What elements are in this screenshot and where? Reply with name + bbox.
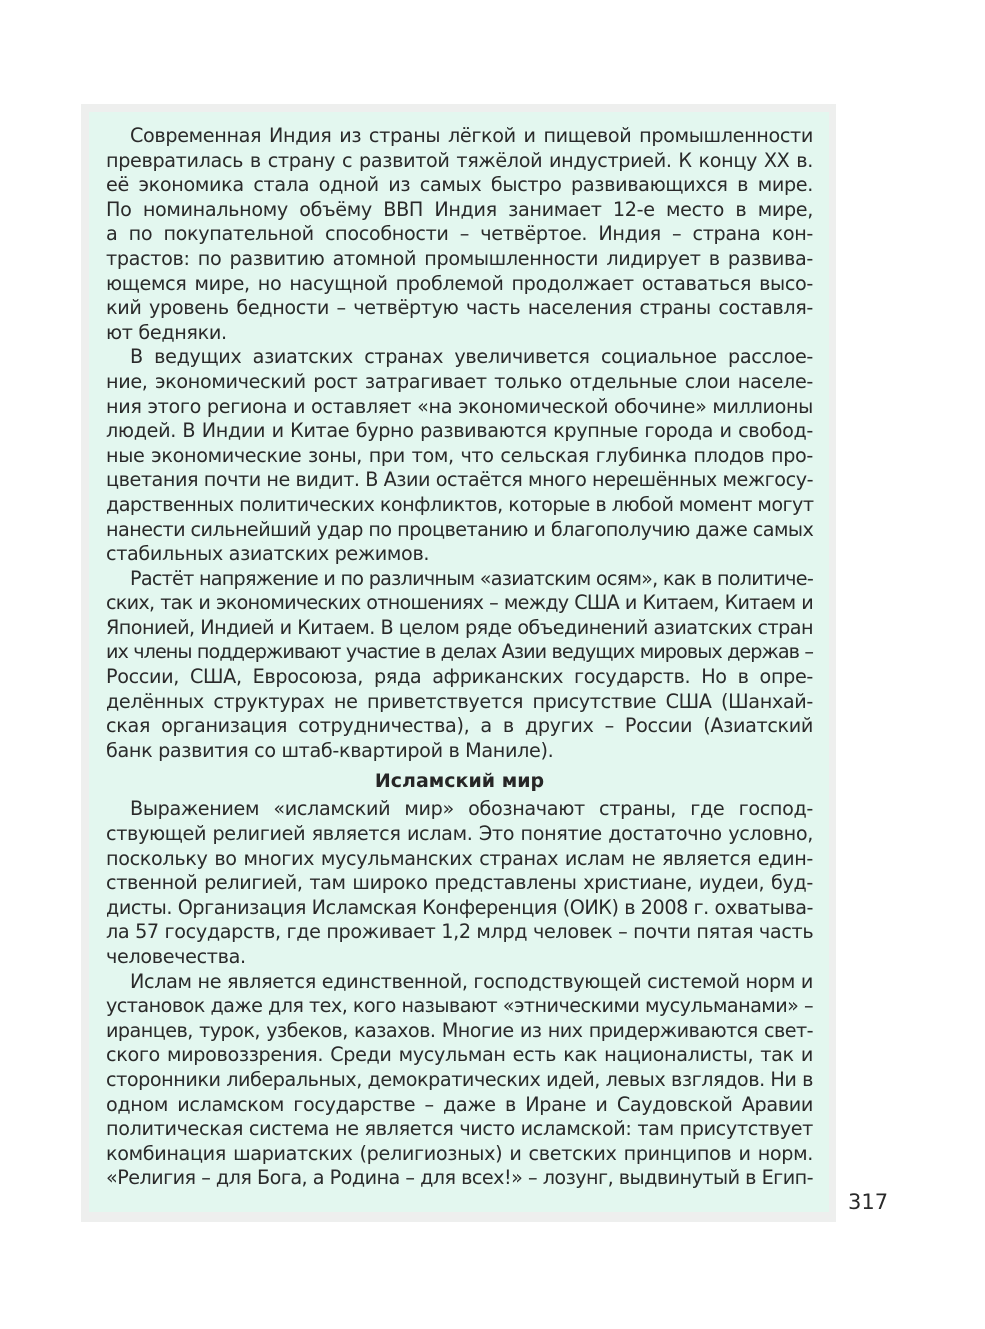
text-line: По номинальному объёму ВВП Индия занимае… [106, 198, 813, 223]
text-line: ских, так и экономических отношениях – м… [106, 591, 813, 616]
text-line: дарственных политических конфликтов, кот… [106, 493, 813, 518]
text-line: ние, экономический рост затрагивает толь… [106, 370, 813, 395]
text-line: трастов: по развитию атомной промышленно… [106, 247, 813, 272]
text-line: банк развития со штаб-квартирой в Маниле… [106, 739, 813, 764]
text-line: человечества. [106, 945, 813, 970]
text-line: ные экономические зоны, при том, что сел… [106, 444, 813, 469]
text-line: ская организация сотрудничества), а в др… [106, 714, 813, 739]
text-line: поскольку во многих мусульманских страна… [106, 847, 813, 872]
paragraph: Выражением «исламский мир» обозначают ст… [106, 797, 813, 969]
text-line: ют бедняки. [106, 321, 813, 346]
section-heading: Исламский мир [106, 769, 813, 793]
text-line: Японией, Индией и Китаем. В целом ряде о… [106, 616, 813, 641]
text-line: одном исламском государстве – даже в Ира… [106, 1093, 813, 1118]
text-line: Ислам не является единственной, господст… [106, 970, 813, 995]
text-line: дисты. Организация Исламская Конференция… [106, 896, 813, 921]
text-line: их члены поддерживают участие в делах Аз… [106, 640, 813, 665]
page-number: 317 [848, 1190, 888, 1214]
text-line: цветания почти не видит. В Азии остаётся… [106, 468, 813, 493]
paragraph: Современная Индия из страны лёгкой и пищ… [106, 124, 813, 345]
text-line: её экономика стала одной из самых быстро… [106, 173, 813, 198]
text-line: «Религия – для Бога, а Родина – для всех… [106, 1166, 813, 1191]
text-line: людей. В Индии и Китае бурно развиваются… [106, 419, 813, 444]
paragraph: В ведущих азиатских странах увеличивется… [106, 345, 813, 566]
text-line: превратилась в страну с развитой тяжёлой… [106, 149, 813, 174]
text-line: комбинация шариатских (религиозных) и св… [106, 1142, 813, 1167]
paragraph: Растёт напряжение и по различным «азиатс… [106, 567, 813, 764]
text-line: установок даже для тех, кого называют «э… [106, 994, 813, 1019]
section-asia: Современная Индия из страны лёгкой и пищ… [106, 124, 813, 763]
text-line: России, США, Евросоюза, ряда африканских… [106, 665, 813, 690]
text-line: ского мировоззрения. Среди мусульман ест… [106, 1043, 813, 1068]
text-line: нанести сильнейший удар по процветанию и… [106, 518, 813, 543]
text-line: кий уровень бедности – четвёртую часть н… [106, 296, 813, 321]
text-line: Растёт напряжение и по различным «азиатс… [106, 567, 813, 592]
text-line: политическая система не является чисто и… [106, 1117, 813, 1142]
text-line: стабильных азиатских режимов. [106, 542, 813, 567]
text-panel: Современная Индия из страны лёгкой и пищ… [81, 104, 836, 1222]
text-line: а по покупательной способности – четвёрт… [106, 222, 813, 247]
text-line: делённых структурах не приветствуется пр… [106, 690, 813, 715]
text-line: ственной религией, там широко представле… [106, 871, 813, 896]
text-line: ющемся мире, но насущной проблемой продо… [106, 272, 813, 297]
text-line: Выражением «исламский мир» обозначают ст… [106, 797, 813, 822]
text-line: ла 57 государств, где проживает 1,2 млрд… [106, 920, 813, 945]
text-panel-body: Современная Индия из страны лёгкой и пищ… [89, 112, 829, 1212]
text-line: ния этого региона и оставляет «на эконом… [106, 395, 813, 420]
section-islamic-world: Выражением «исламский мир» обозначают ст… [106, 797, 813, 1191]
text-line: Современная Индия из страны лёгкой и пищ… [106, 124, 813, 149]
text-line: сторонники либеральных, демократических … [106, 1068, 813, 1093]
paragraph: Ислам не является единственной, господст… [106, 970, 813, 1191]
text-line: В ведущих азиатских странах увеличивется… [106, 345, 813, 370]
text-line: иранцев, турок, узбеков, казахов. Многие… [106, 1019, 813, 1044]
text-line: ствующей религией является ислам. Это по… [106, 822, 813, 847]
